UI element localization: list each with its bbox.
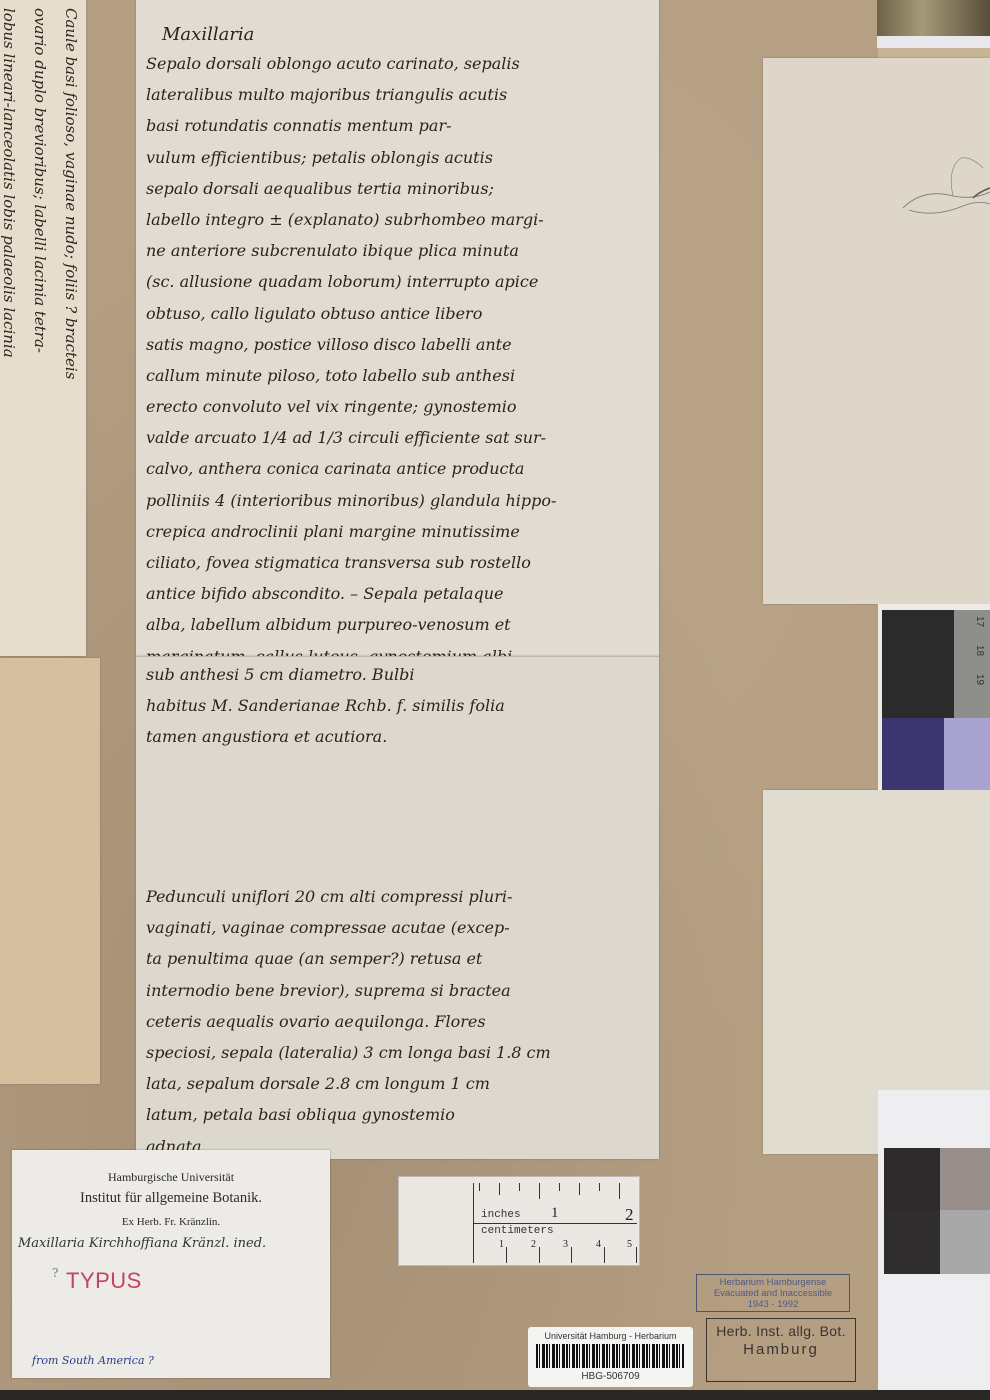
cm-mark: 3: [563, 1239, 568, 1250]
scale-number: 17: [975, 616, 986, 627]
manuscript-line: latum, petala basi obliqua gynostemio: [146, 1099, 551, 1130]
stamp-line: 1943 - 1992: [697, 1299, 849, 1310]
inch-mark: 2: [625, 1205, 634, 1225]
blank-paper-fragment: [0, 658, 100, 1084]
manuscript-line: vulum efficientibus; petalis oblongis ac…: [146, 142, 556, 173]
scale-ruler: inches centimeters 1 2 1 2 3 4 5: [398, 1176, 640, 1266]
manuscript-line: basi rotundatis connatis mentum par-: [146, 110, 556, 141]
manuscript-line: speciosi, sepala (lateralia) 3 cm longa …: [146, 1037, 551, 1068]
manuscript-line: lateralibus multo majoribus triangulis a…: [146, 79, 556, 110]
specimen-label: Hamburgische Universität Institut für al…: [12, 1150, 330, 1378]
manuscript-line: crepica androclinii plani margine minuti…: [146, 516, 556, 547]
manuscript-line: calvo, anthera conica carinata antice pr…: [146, 453, 556, 484]
barcode-number: HBG-506709: [528, 1371, 693, 1382]
manuscript-line: labello integro ± (explanato) subrhombeo…: [146, 204, 556, 235]
ruler-inches-label: inches: [481, 1209, 521, 1221]
manuscript-page-1: Maxillaria Sepalo dorsali oblongo acuto …: [136, 0, 659, 656]
barcode-label: Universität Hamburg - Herbarium HBG-5067…: [528, 1327, 693, 1387]
manuscript-body: Sepalo dorsali oblongo acuto carinato, s…: [146, 48, 556, 703]
ruler-tick: [506, 1247, 507, 1263]
label-species-name: Maxillaria Kirchhoffiana Kränzl. ined.: [18, 1236, 266, 1251]
manuscript-line: internodio bene brevior), suprema si bra…: [146, 975, 551, 1006]
ruler-tick: [599, 1183, 600, 1191]
manuscript-line: ciliato, fovea stigmatica transversa sub…: [146, 547, 556, 578]
ruler-tick: [579, 1183, 580, 1195]
manuscript-page-2: sub anthesi 5 cm diametro. Bulbi habitus…: [136, 656, 659, 1159]
scale-number: 19: [975, 674, 986, 685]
ruler-tick: [539, 1247, 540, 1263]
manuscript-line: ne anteriore subcrenulato ibique plica m…: [146, 235, 556, 266]
manuscript-line: alba, labellum albidum purpureo-venosum …: [146, 609, 556, 640]
background-edge: [877, 36, 990, 48]
manuscript-line: antice bifido abscondito. – Sepala petal…: [146, 578, 556, 609]
type-status-stamp: TYPUS: [66, 1268, 142, 1294]
ruler-tick: [519, 1183, 520, 1191]
margin-note-text: Caule basi folioso, vaginae nudo; foliis…: [0, 8, 86, 648]
ruler-tick: [636, 1247, 637, 1263]
ruler-tick: [619, 1183, 620, 1199]
margin-note-line: ovario duplo brevioribus; labelli lacini…: [24, 8, 55, 648]
ruler-tick: [499, 1183, 500, 1195]
manuscript-body: Pedunculi uniflori 20 cm alti compressi …: [146, 881, 551, 1162]
swatch-dark-blue: [882, 718, 944, 790]
manuscript-line: ta penultima quae (an semper?) retusa et: [146, 943, 551, 974]
ruler-tick: [604, 1247, 605, 1263]
swatch-light-1: [940, 1210, 990, 1274]
institute-stamp: Herb. Inst. allg. Bot. Hamburg: [706, 1318, 856, 1382]
margin-note-line: Caule basi folioso, vaginae nudo; foliis…: [55, 8, 86, 648]
manuscript-line: tamen angustiora et acutiora.: [146, 721, 505, 752]
scale-number: 18: [975, 645, 986, 656]
manuscript-line: (sc. allusione quadam loborum) interrupt…: [146, 266, 556, 297]
label-university: Hamburgische Universität: [12, 1170, 330, 1185]
sketch-paper: [763, 58, 990, 604]
cm-mark: 5: [627, 1239, 632, 1250]
ruler-cm-label: centimeters: [481, 1225, 554, 1237]
manuscript-line: habitus M. Sanderianae Rchb. f. similis …: [146, 690, 505, 721]
cm-mark: 2: [531, 1239, 536, 1250]
inch-mark: 1: [551, 1205, 559, 1222]
manuscript-line: satis magno, postice villoso disco label…: [146, 329, 556, 360]
swatch-lavender: [944, 718, 990, 790]
ruler-tick: [559, 1183, 560, 1191]
margin-note-line: lobus lineari-lanceolatis lobis palaeoli…: [0, 8, 24, 648]
swatch-black: [882, 610, 954, 718]
cm-mark: 1: [499, 1239, 504, 1250]
manuscript-line: lata, sepalum dorsale 2.8 cm longum 1 cm: [146, 1068, 551, 1099]
cm-mark: 4: [596, 1239, 601, 1250]
ruler-tick: [479, 1183, 480, 1191]
evacuation-stamp: Herbarium Hamburgense Evacuated and Inac…: [696, 1274, 850, 1312]
ruler-divider: [473, 1223, 637, 1224]
stamp-line: Herb. Inst. allg. Bot.: [707, 1323, 855, 1339]
manuscript-title: Maxillaria: [162, 24, 254, 45]
stamp-line: Evacuated and Inaccessible: [697, 1288, 849, 1299]
manuscript-line: ceteris aequalis ovario aequilonga. Flor…: [146, 1006, 551, 1037]
ruler-tick: [571, 1247, 572, 1263]
swatch-dark-2: [884, 1210, 940, 1274]
margin-note-paper: Caule basi folioso, vaginae nudo; foliis…: [0, 0, 86, 656]
scale-numbers: 17 18 19: [970, 616, 990, 685]
manuscript-line: erecto convoluto vel vix ringente; gynos…: [146, 391, 556, 422]
manuscript-line: vaginati, vaginae compressae acutae (exc…: [146, 912, 551, 943]
background-edge: [877, 0, 990, 36]
manuscript-line: obtuso, callo ligulato obtuso antice lib…: [146, 298, 556, 329]
manuscript-body: sub anthesi 5 cm diametro. Bulbi habitus…: [146, 659, 505, 753]
manuscript-line: Pedunculi uniflori 20 cm alti compressi …: [146, 881, 551, 912]
manuscript-line: valde arcuato 1/4 ad 1/3 circuli efficie…: [146, 422, 556, 453]
manuscript-line: sub anthesi 5 cm diametro. Bulbi: [146, 659, 505, 690]
swatch-mid-1: [940, 1148, 990, 1210]
background-edge: [0, 1390, 990, 1400]
ruler-tick: [539, 1183, 540, 1199]
gray-calibration-chart: [878, 1090, 990, 1390]
flower-sketch-icon: [873, 148, 990, 228]
manuscript-line: callum minute piloso, toto labello sub a…: [146, 360, 556, 391]
label-institute: Institut für allgemeine Botanik.: [12, 1190, 330, 1207]
barcode-icon: [536, 1344, 684, 1368]
manuscript-line: polliniis 4 (interioribus minoribus) gla…: [146, 485, 556, 516]
stamp-line: Herbarium Hamburgense: [697, 1277, 849, 1288]
type-qualifier: ?: [52, 1266, 58, 1280]
label-collection: Ex Herb. Fr. Kränzlin.: [12, 1216, 330, 1228]
manuscript-line: Sepalo dorsali oblongo acuto carinato, s…: [146, 48, 556, 79]
stamp-line: Hamburg: [707, 1341, 855, 1358]
label-locality: from South America ?: [32, 1354, 154, 1367]
swatch-dark-1: [884, 1148, 940, 1210]
barcode-institution: Universität Hamburg - Herbarium: [528, 1331, 693, 1341]
manuscript-line: sepalo dorsali aequalibus tertia minorib…: [146, 173, 556, 204]
